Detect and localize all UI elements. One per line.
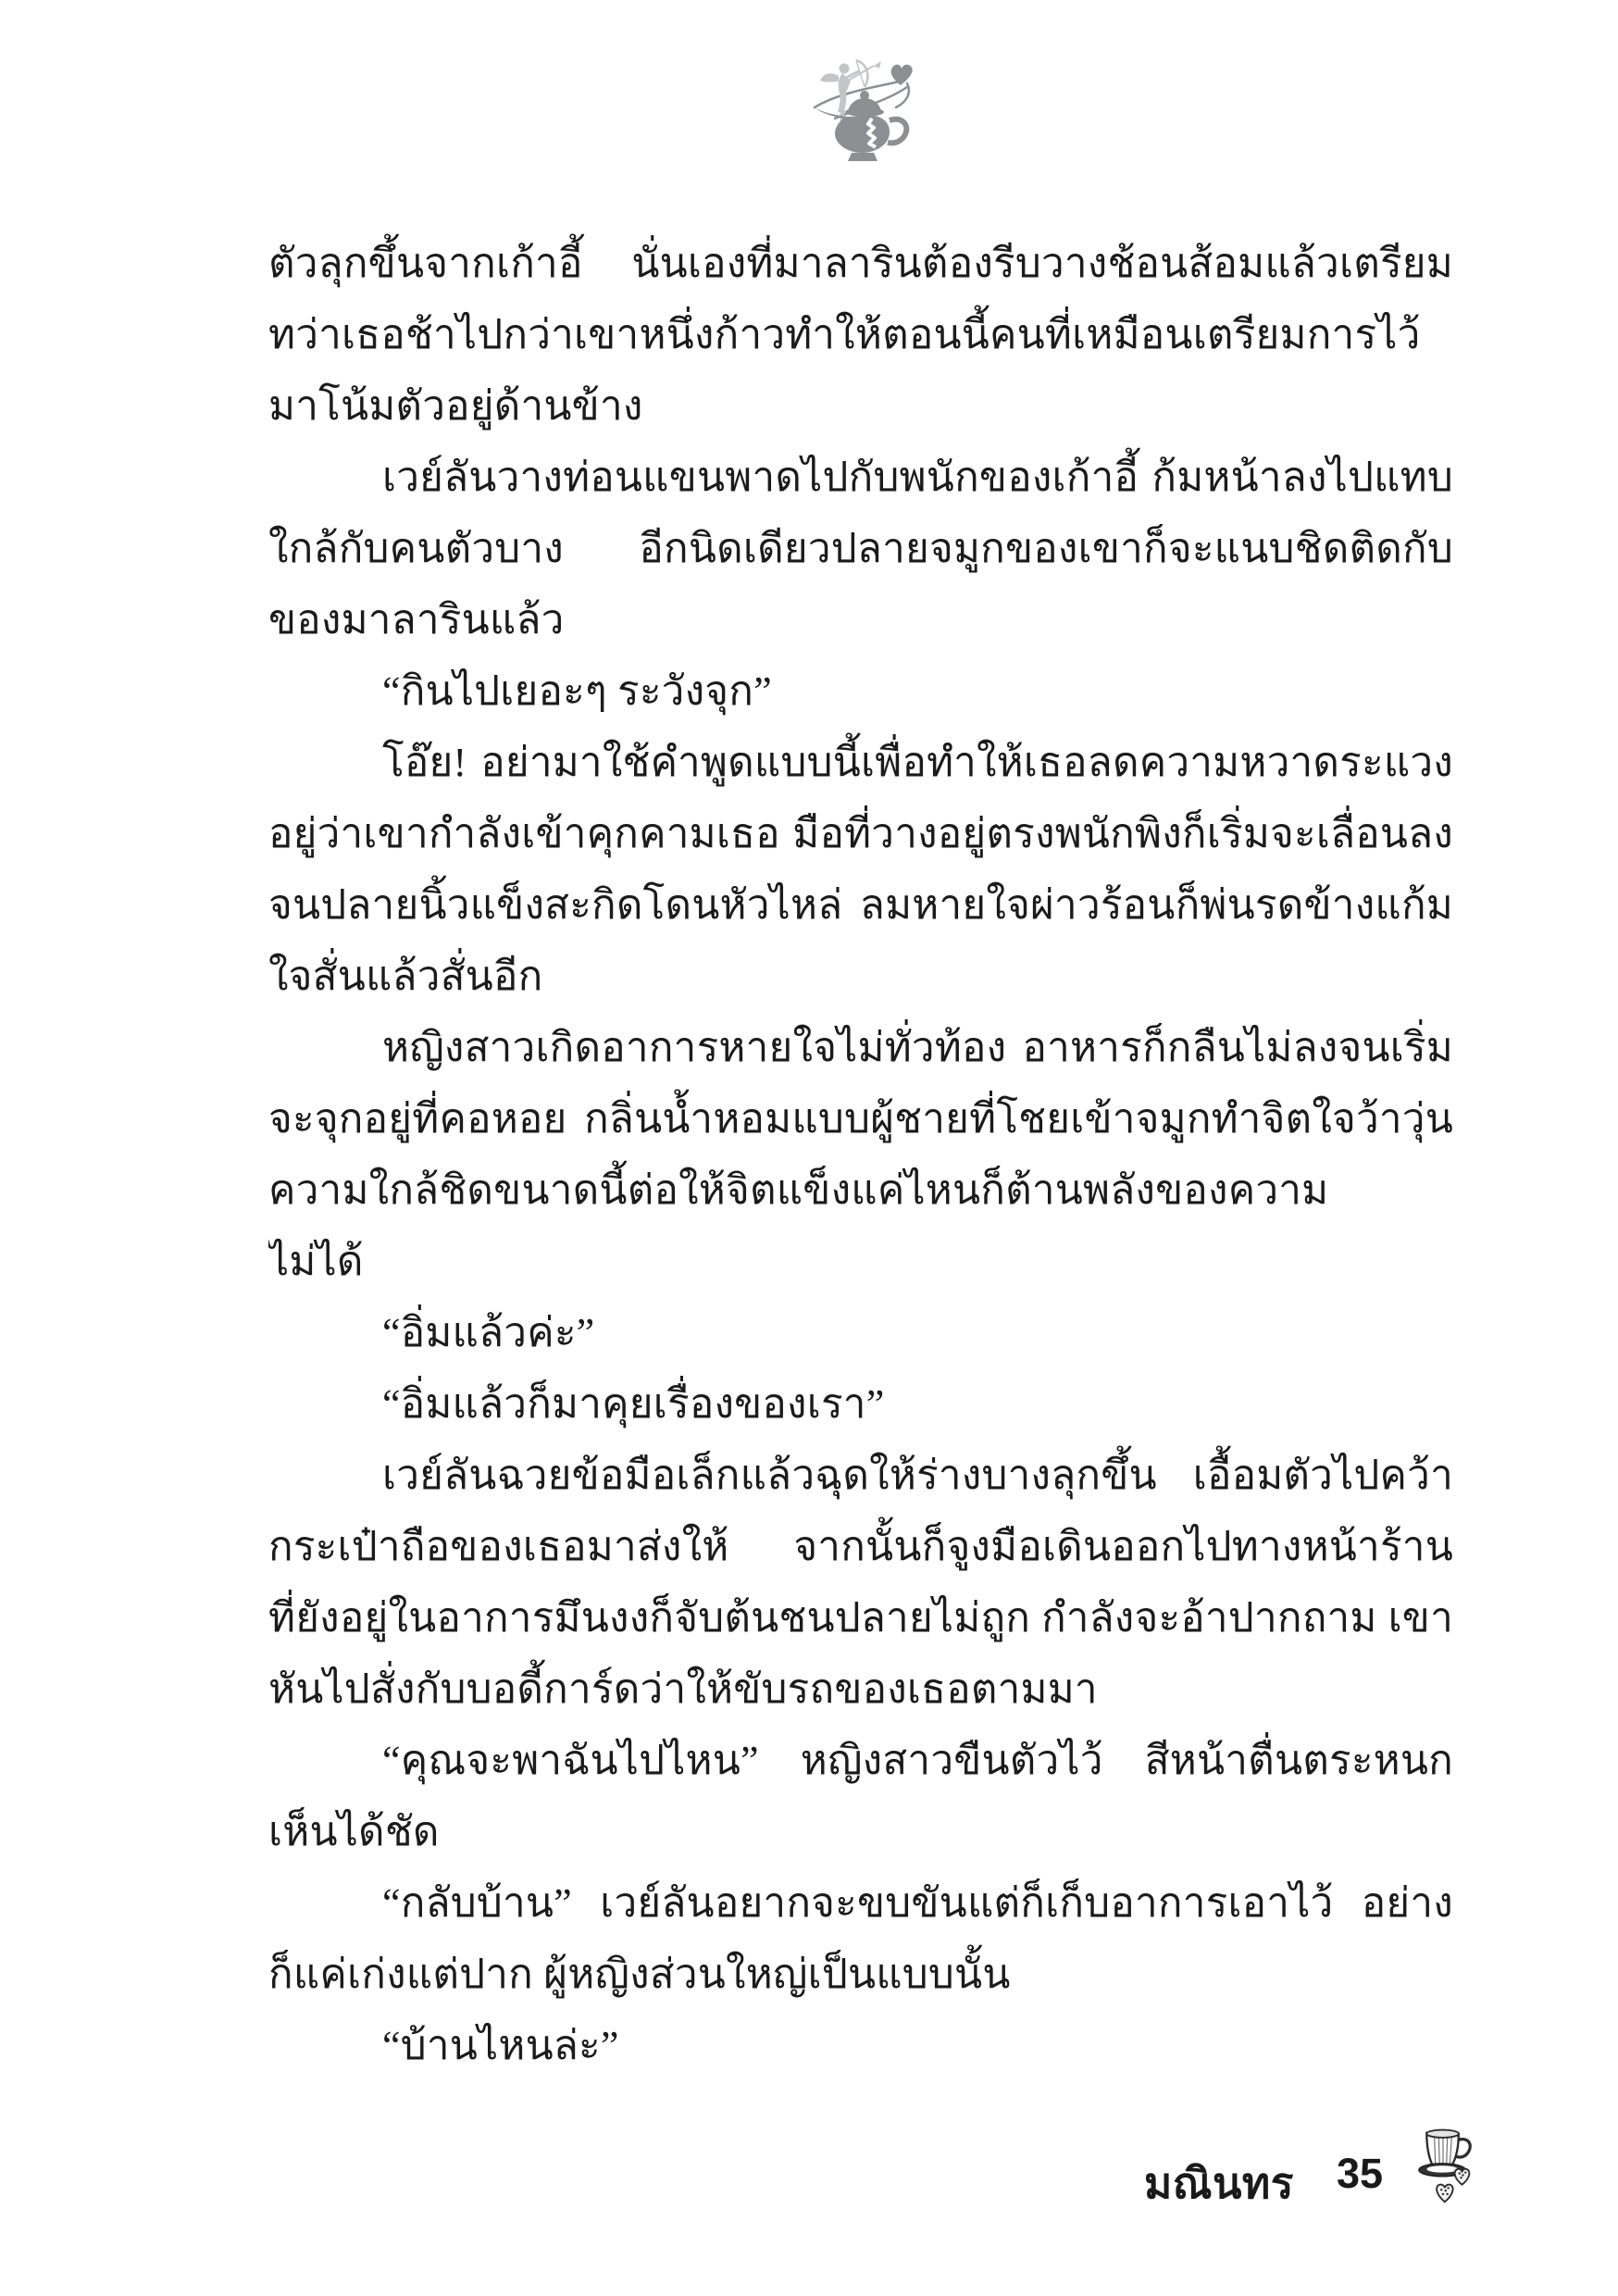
genie-lamp-cupid-heart-icon (803, 57, 916, 165)
text-line: “กินไปเยอะๆ ระวังจุก” (268, 655, 1453, 727)
text-line: โอ๊ย! อย่ามาใช้คำพูดแบบนี้เพื่อทำให้เธอล… (268, 727, 1453, 798)
text-line: ใจสั่นแล้วสั่นอีก (268, 941, 1453, 1012)
text-line: เวย์ลันวางท่อนแขนพาดไปกับพนักของเก้าอี้ … (268, 442, 1453, 513)
body-text: ตัวลุกขึ้นจากเก้าอี้ นั่นเองที่มาลารินต้… (268, 228, 1453, 2081)
text-line: มาโน้มตัวอยู่ด้านข้าง (268, 370, 1453, 442)
text-line: ใกล้กับคนตัวบาง อีกนิดเดียวปลายจมูกของเข… (268, 513, 1453, 584)
text-line: จะจุกอยู่ที่คอหอย กลิ่นน้ำหอมแบบผู้ชายที… (268, 1083, 1453, 1154)
text-line: ก็แค่เก่งแต่ปาก ผู้หญิงส่วนใหญ่เป็นแบบนั… (268, 1939, 1453, 2010)
book-title: มณินทร (1144, 2128, 1294, 2217)
text-line: เวย์ลันฉวยข้อมือเล็กแล้วฉุดให้ร่างบางลุก… (268, 1440, 1453, 1511)
text-line: ตัวลุกขึ้นจากเก้าอี้ นั่นเองที่มาลารินต้… (268, 228, 1453, 299)
text-line: อยู่ว่าเขากำลังเข้าคุกคามเธอ มือที่วางอย… (268, 798, 1453, 869)
teacup-with-heart-cookies-icon (1405, 2128, 1481, 2209)
text-line: “คุณจะพาฉันไปไหน” หญิงสาวขืนตัวไว้ สีหน้… (268, 1725, 1453, 1796)
text-line: ไม่ได้ (268, 1226, 1453, 1297)
text-line: ความใกล้ชิดขนาดนี้ต่อให้จิตแข็งแค่ไหนก็ต… (268, 1154, 1453, 1226)
text-line: ของมาลารินแล้ว (268, 584, 1453, 655)
book-page: ตัวลุกขึ้นจากเก้าอี้ นั่นเองที่มาลารินต้… (0, 0, 1618, 2296)
text-line: หญิงสาวเกิดอาการหายใจไม่ทั่วท้อง อาหารก็… (268, 1012, 1453, 1083)
text-line: เห็นได้ชัด (268, 1796, 1453, 1867)
text-line: “กลับบ้าน” เวย์ลันอยากจะขบขันแต่ก็เก็บอา… (268, 1867, 1453, 1939)
text-line: “อิ่มแล้วค่ะ” (268, 1297, 1453, 1368)
text-line: ที่ยังอยู่ในอาการมึนงงก็จับต้นชนปลายไม่ถ… (268, 1582, 1453, 1653)
text-line: หันไปสั่งกับบอดี้การ์ดว่าให้ขับรถของเธอต… (268, 1653, 1453, 1725)
text-line: กระเป๋าถือของเธอมาส่งให้ จากนั้นก็จูงมือ… (268, 1511, 1453, 1582)
text-line: “บ้านไหนล่ะ” (268, 2010, 1453, 2081)
page-number: 35 (1337, 2128, 1383, 2198)
page-footer: มณินทร 35 (1144, 2128, 1481, 2217)
text-line: “อิ่มแล้วก็มาคุยเรื่องของเรา” (268, 1368, 1453, 1440)
text-line: จนปลายนิ้วแข็งสะกิดโดนหัวไหล่ ลมหายใจผ่า… (268, 869, 1453, 941)
text-line: ทว่าเธอช้าไปกว่าเขาหนึ่งก้าวทำให้ตอนนี้ค… (268, 299, 1453, 370)
